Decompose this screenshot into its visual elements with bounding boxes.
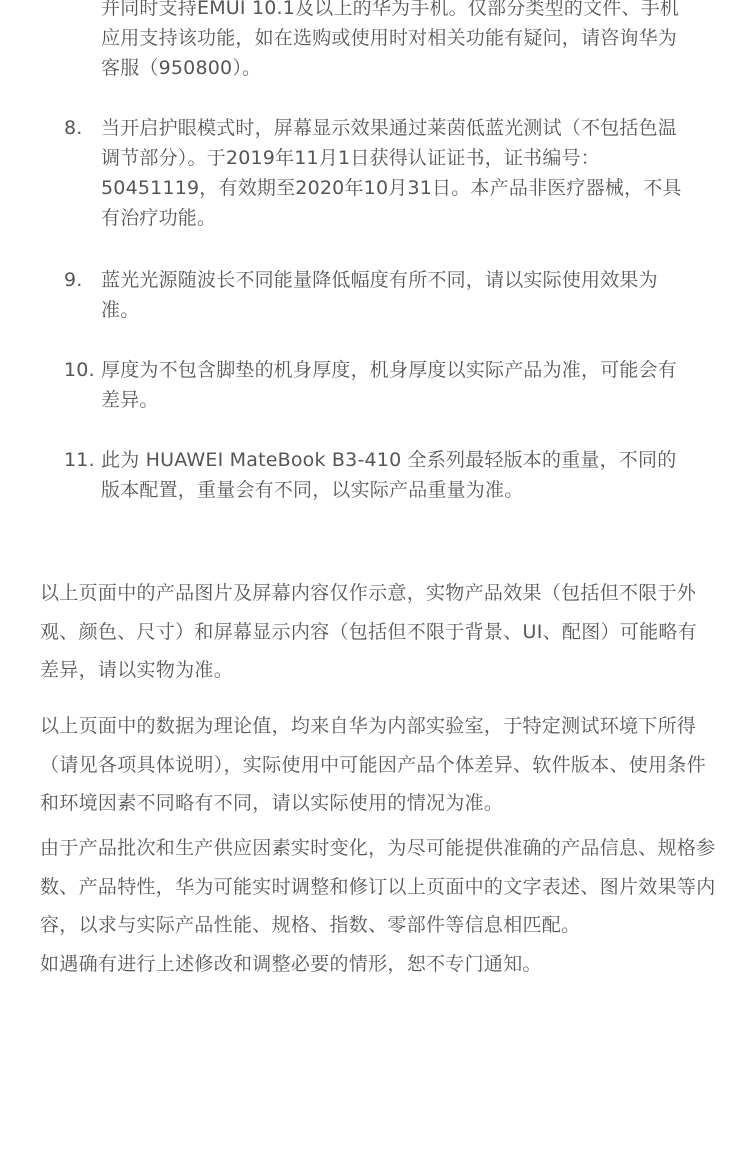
footnote-number: 8. <box>64 113 100 143</box>
footnote-item-10: 10. 厚度为不包含脚垫的机身厚度，机身厚度以实际产品为准，可能会有差异。 <box>64 355 694 415</box>
footnote-text: 此为 HUAWEI MateBook B3-410 全系列最轻版本的重量，不同的… <box>101 445 691 505</box>
disclaimer-paragraph-notice: 如遇确有进行上述修改和调整必要的情形，恕不专门通知。 <box>40 945 716 984</box>
footnote-item-9: 9. 蓝光光源随波长不同能量降低幅度有所不同，请以实际使用效果为准。 <box>64 265 694 325</box>
disclaimer-text: 由于产品批次和生产供应因素实时变化，为尽可能提供准确的产品信息、规格参数、产品特… <box>40 829 716 945</box>
footnote-item-11: 11. 此为 HUAWEI MateBook B3-410 全系列最轻版本的重量… <box>64 445 694 505</box>
disclaimer-text: 如遇确有进行上述修改和调整必要的情形，恕不专门通知。 <box>40 945 716 984</box>
footnote-item-continued: 并同时支持EMUI 10.1及以上的华为手机。仅部分类型的文件、手机应用支持该功… <box>64 0 694 83</box>
footnote-text: 当开启护眼模式时，屏幕显示效果通过莱茵低蓝光测试（不包括色温调节部分）。于201… <box>101 113 691 233</box>
footnote-item-8: 8. 当开启护眼模式时，屏幕显示效果通过莱茵低蓝光测试（不包括色温调节部分）。于… <box>64 113 694 233</box>
footnote-text: 厚度为不包含脚垫的机身厚度，机身厚度以实际产品为准，可能会有差异。 <box>101 355 691 415</box>
footnote-text: 并同时支持EMUI 10.1及以上的华为手机。仅部分类型的文件、手机应用支持该功… <box>101 0 691 83</box>
footnote-number: 9. <box>64 265 100 295</box>
disclaimer-text: 以上页面中的数据为理论值，均来自华为内部实验室，于特定测试环境下所得（请见各项具… <box>40 707 716 823</box>
disclaimer-paragraph-changes: 由于产品批次和生产供应因素实时变化，为尽可能提供准确的产品信息、规格参数、产品特… <box>40 829 716 945</box>
footnote-number: 10. <box>64 355 100 385</box>
footnote-text: 蓝光光源随波长不同能量降低幅度有所不同，请以实际使用效果为准。 <box>101 265 691 325</box>
footnote-number: 11. <box>64 445 100 475</box>
disclaimer-text: 以上页面中的产品图片及屏幕内容仅作示意，实物产品效果（包括但不限于外观、颜色、尺… <box>40 574 716 690</box>
disclaimer-paragraph-data: 以上页面中的数据为理论值，均来自华为内部实验室，于特定测试环境下所得（请见各项具… <box>40 707 716 823</box>
disclaimer-paragraph-images: 以上页面中的产品图片及屏幕内容仅作示意，实物产品效果（包括但不限于外观、颜色、尺… <box>40 574 716 690</box>
